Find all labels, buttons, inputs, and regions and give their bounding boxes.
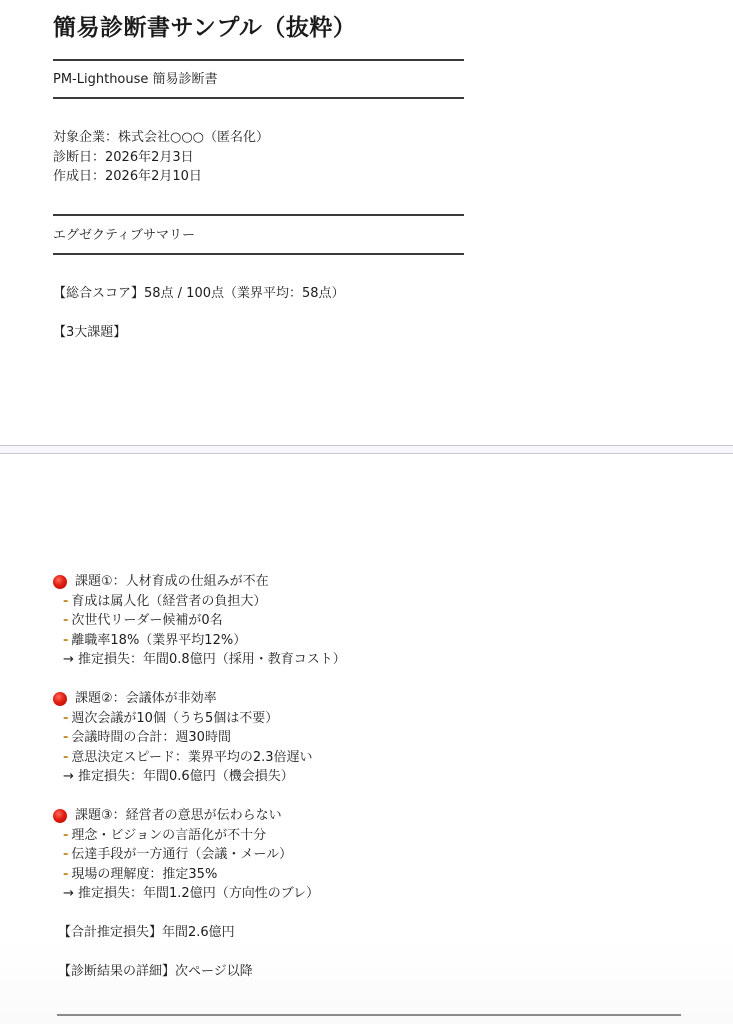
target-company: 対象企業：株式会社○○○（匿名化）	[53, 128, 269, 148]
issue-detail: -離職率18%（業界平均12%）	[53, 631, 346, 651]
issues-heading: 【3大課題】	[53, 323, 126, 343]
issue-estimated-loss: → 推定損失：年間1.2億円（方向性のブレ）	[53, 884, 346, 904]
document-meta: 対象企業：株式会社○○○（匿名化） 診断日：2026年2月3日 作成日：2026…	[53, 128, 269, 187]
dash-bullet: -	[63, 867, 68, 882]
section-heading-executive-summary: エグゼクティブサマリー	[53, 226, 195, 246]
diagnosis-date: 診断日：2026年2月3日	[53, 148, 269, 168]
dash-bullet: -	[63, 847, 68, 862]
issue-title: 課題③：経営者の意思が伝わらない	[75, 806, 282, 826]
issue-detail: -伝達手段が一方通行（会議・メール）	[53, 845, 346, 865]
divider	[53, 253, 464, 255]
dash-bullet: -	[63, 594, 68, 609]
issue-estimated-loss: → 推定損失：年間0.8億円（採用・教育コスト）	[53, 650, 346, 670]
issue-detail: -理念・ビジョンの言語化が不十分	[53, 826, 346, 846]
divider	[57, 1014, 681, 1016]
issue-item: 課題①：人材育成の仕組みが不在 -育成は属人化（経営者の負担大） -次世代リーダ…	[53, 572, 346, 670]
divider	[53, 59, 464, 61]
dash-bullet: -	[63, 711, 68, 726]
dash-bullet: -	[63, 633, 68, 648]
issue-item: 課題②：会議体が非効率 -週次会議が10個（うち5個は不要） -会議時間の合計：…	[53, 689, 346, 787]
issue-detail: -週次会議が10個（うち5個は不要）	[53, 709, 346, 729]
issue-detail: -次世代リーダー候補が0名	[53, 611, 346, 631]
divider	[53, 214, 464, 216]
red-circle-icon	[53, 692, 67, 706]
issue-detail: -会議時間の合計：週30時間	[53, 728, 346, 748]
divider	[53, 97, 464, 99]
document-subtitle: PM-Lighthouse 簡易診断書	[53, 70, 218, 90]
details-note: 【診断結果の詳細】次ページ以降	[53, 962, 346, 982]
red-circle-icon	[53, 575, 67, 589]
issue-estimated-loss: → 推定損失：年間0.6億円（機会損失）	[53, 767, 346, 787]
document-page-1: 簡易診断書サンプル（抜粋） PM-Lighthouse 簡易診断書 対象企業：株…	[0, 0, 733, 446]
issue-item: 課題③：経営者の意思が伝わらない -理念・ビジョンの言語化が不十分 -伝達手段が…	[53, 806, 346, 904]
issue-detail: -意思決定スピード：業界平均の2.3倍遅い	[53, 748, 346, 768]
issue-title: 課題①：人材育成の仕組みが不在	[75, 572, 269, 592]
issue-detail: -現場の理解度：推定35%	[53, 865, 346, 885]
dash-bullet: -	[63, 730, 68, 745]
page-break	[0, 445, 733, 454]
red-circle-icon	[53, 809, 67, 823]
dash-bullet: -	[63, 613, 68, 628]
dash-bullet: -	[63, 750, 68, 765]
issue-detail: -育成は属人化（経営者の負担大）	[53, 592, 346, 612]
document-title: 簡易診断書サンプル（抜粋）	[53, 9, 356, 42]
dash-bullet: -	[63, 828, 68, 843]
created-date: 作成日：2026年2月10日	[53, 167, 269, 187]
issues-list: 課題①：人材育成の仕組みが不在 -育成は属人化（経営者の負担大） -次世代リーダ…	[53, 572, 346, 982]
overall-score: 【総合スコア】58点 / 100点（業界平均：58点）	[53, 284, 345, 304]
total-estimated-loss: 【合計推定損失】年間2.6億円	[53, 923, 346, 943]
issue-title: 課題②：会議体が非効率	[75, 689, 217, 709]
